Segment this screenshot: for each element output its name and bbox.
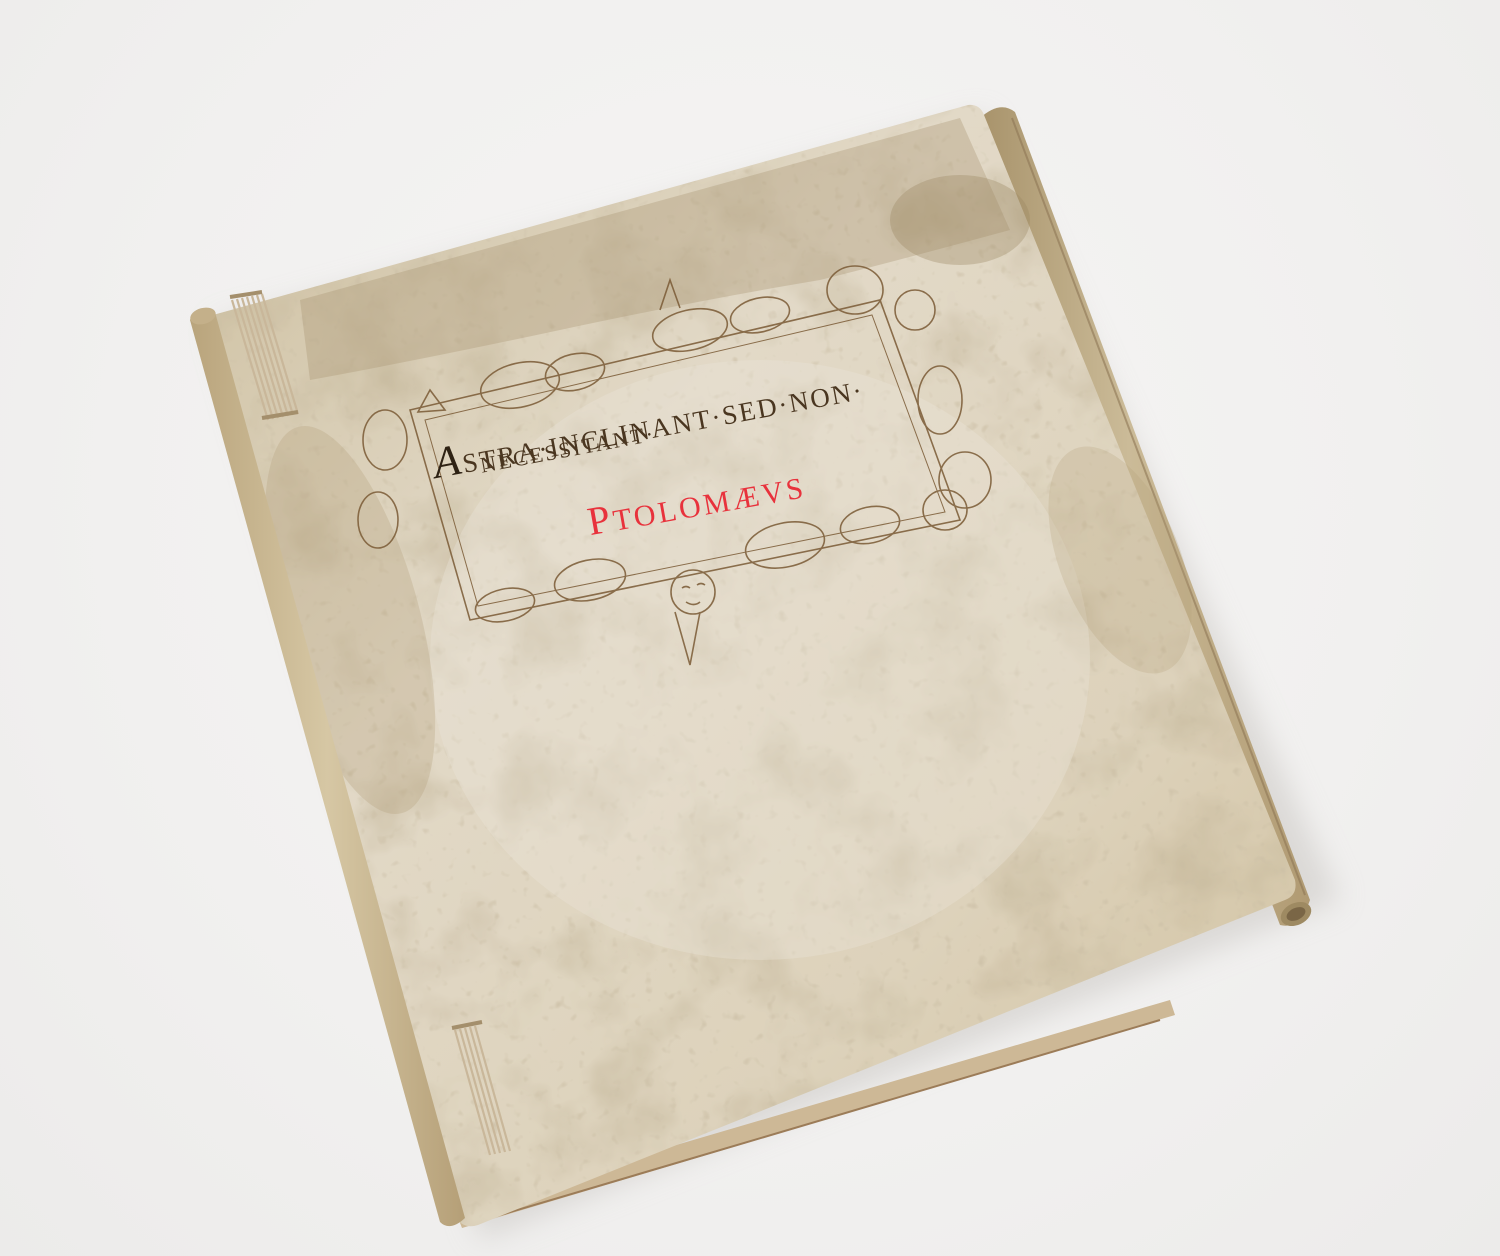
manuscript-book (0, 0, 1500, 1256)
photo-scene: ASTRA·INCLINANT·SED·NON· NECESSITANT· PT… (0, 0, 1500, 1256)
